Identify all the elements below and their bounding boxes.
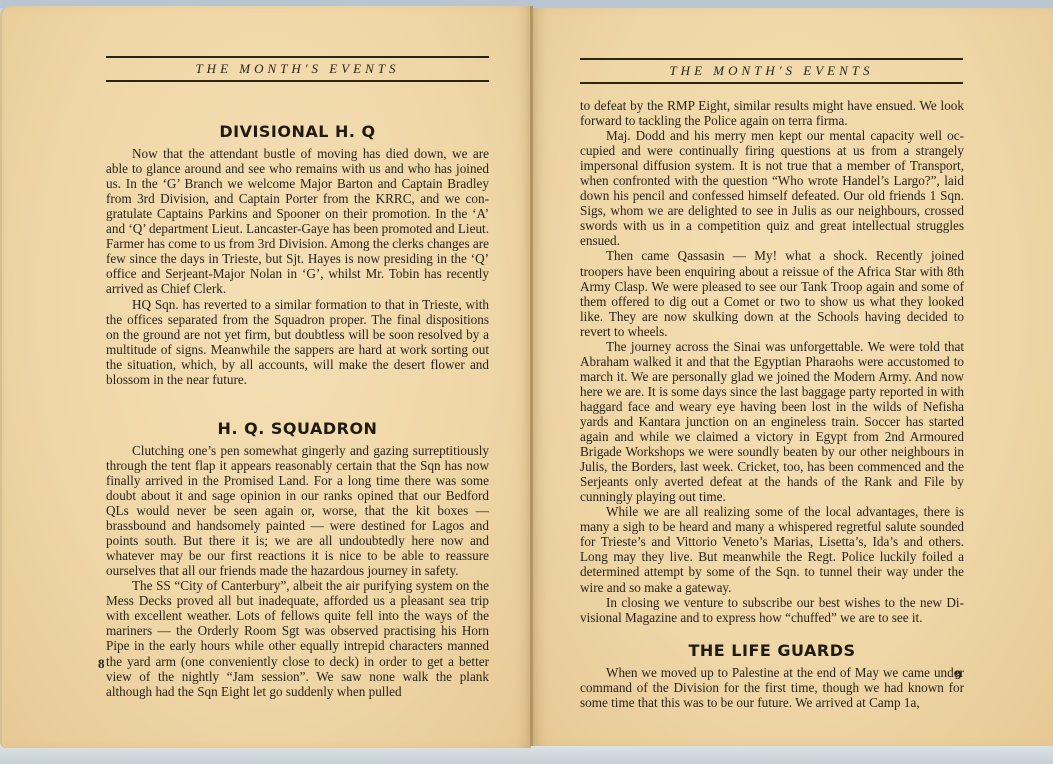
paragraph: Clutching one’s pen somewhat gingerly an… — [106, 443, 489, 578]
paragraph: The journey across the Sinai was unforge… — [580, 339, 964, 505]
paragraph: In closing we venture to subscribe our b… — [580, 595, 964, 625]
section-title-hq-squadron: H. Q. SQUADRON — [106, 421, 489, 436]
page-number-left: 8 — [98, 656, 105, 672]
section-title-life-guards: THE LIFE GUARDS — [580, 643, 964, 658]
paragraph: Maj. Dodd and his merry men kept our men… — [580, 128, 964, 248]
left-page-column: DIVISIONAL H. Q Now that the attendant b… — [106, 124, 489, 699]
page-number-right: 9 — [955, 667, 962, 683]
right-page: THE MONTH'S EVENTS to defeat by the RMP … — [533, 8, 1053, 746]
paragraph: While we are all realizing some of the l… — [580, 504, 964, 594]
paragraph: Then came Qassasin — My! what a shock. R… — [580, 248, 964, 338]
paragraph: When we moved up to Palestine at the end… — [580, 665, 964, 710]
paragraph: The SS “City of Canterbury”, albeit the … — [106, 578, 489, 698]
paragraph: HQ Sqn. has reverted to a similar format… — [106, 297, 489, 387]
section-title-divisional-hq: DIVISIONAL H. Q — [106, 124, 489, 139]
right-page-column: to defeat by the RMP Eight, similar resu… — [580, 98, 964, 710]
paragraph: to defeat by the RMP Eight, similar resu… — [580, 98, 964, 128]
paragraph: Now that the attendant bustle of moving … — [106, 146, 489, 296]
running-head-left: THE MONTH'S EVENTS — [106, 56, 489, 82]
running-head-right: THE MONTH'S EVENTS — [580, 58, 963, 84]
left-page: THE MONTH'S EVENTS DIVISIONAL H. Q Now t… — [4, 6, 531, 748]
